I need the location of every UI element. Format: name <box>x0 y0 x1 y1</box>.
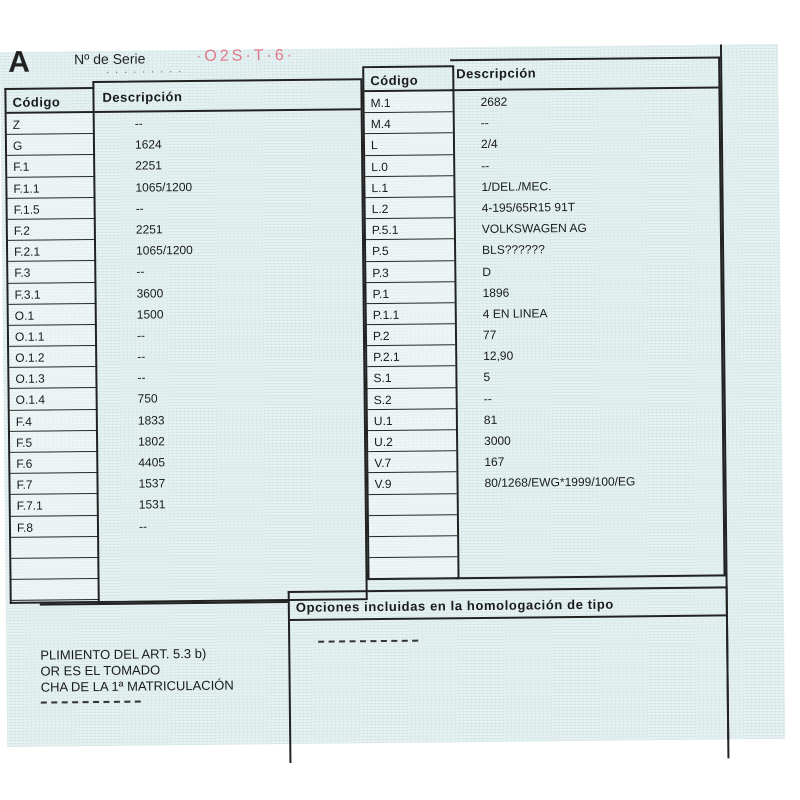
value-cell: -- <box>451 110 719 134</box>
note-line-3: CHA DE LA 1ª MATRICULACIÓN <box>41 678 234 696</box>
code-cell: F.5 <box>10 431 98 453</box>
notes-section: PLIMIENTO DEL ART. 5.3 b) OR ES EL TOMAD… <box>40 601 290 766</box>
vehicle-technical-card: A Nº de Serie ·O2S·T·6· ········· Código… <box>0 44 785 747</box>
code-cell: F.7.1 <box>11 494 99 516</box>
code-cell: V.9 <box>368 473 456 495</box>
code-cell: P.1 <box>366 282 454 304</box>
value-cell: 750 <box>98 386 364 410</box>
code-cell: S.2 <box>368 388 456 410</box>
code-cell: P.1.1 <box>367 303 455 325</box>
value-cell: 4405 <box>98 449 364 473</box>
value-cell <box>455 491 723 515</box>
code-cell: O.1.3 <box>9 367 97 389</box>
value-cell: -- <box>95 110 361 134</box>
code-cell: F.8 <box>11 516 99 538</box>
value-cell: 2/4 <box>451 131 719 155</box>
value-cell <box>455 533 723 557</box>
value-cell: 1065/1200 <box>96 237 362 261</box>
code-cell: L.0 <box>365 155 453 177</box>
value-cell: 1531 <box>99 492 365 516</box>
value-cell: -- <box>454 385 722 409</box>
value-cell: 12,90 <box>453 343 721 367</box>
value-cell: 80/1268/EWG*1999/100/EG <box>454 470 722 494</box>
code-cell: M.1 <box>364 91 452 113</box>
note-dash-divider <box>41 701 141 704</box>
value-cell: D <box>452 258 720 282</box>
value-cell: 1802 <box>98 428 364 452</box>
value-cell: 2251 <box>96 216 362 240</box>
code-cell: F.1.1 <box>7 177 95 199</box>
code-cell: F.1.5 <box>8 198 96 220</box>
value-cell: 1537 <box>98 470 364 494</box>
code-cell <box>369 557 457 579</box>
value-cell <box>99 534 365 558</box>
code-cell <box>369 494 457 516</box>
code-cell: P.2.1 <box>367 346 455 368</box>
value-cell: 3000 <box>454 427 722 451</box>
value-cell: -- <box>96 259 362 283</box>
value-cell: -- <box>97 364 363 388</box>
code-cell <box>369 536 457 558</box>
code-cell <box>11 537 99 559</box>
code-cell: P.2 <box>367 324 455 346</box>
right-description-column: Descripción 2682--2/4--1/DEL./MEC.4-195/… <box>450 56 725 579</box>
value-cell: -- <box>97 322 363 346</box>
code-cell: V.7 <box>368 451 456 473</box>
section-letter: A <box>8 46 28 80</box>
value-cell <box>455 555 723 579</box>
value-cell: 1833 <box>98 407 364 431</box>
right-code-column: Código M.1M.4LL.0L.1L.2P.5.1P.5P.3P.1P.1… <box>362 65 459 580</box>
code-cell: O.1.4 <box>10 388 98 410</box>
value-cell: 2682 <box>450 88 718 112</box>
notes-text: PLIMIENTO DEL ART. 5.3 b) OR ES EL TOMAD… <box>40 646 234 704</box>
left-desc-header: Descripción <box>94 80 360 113</box>
code-cell: P.3 <box>366 261 454 283</box>
code-cell: L <box>365 134 453 156</box>
value-cell <box>455 512 723 536</box>
left-code-column: Código ZGF.1F.1.1F.1.5F.2F.2.1F.3F.3.1O.… <box>4 87 99 604</box>
value-cell: -- <box>451 152 719 176</box>
value-cell: 1500 <box>97 301 363 325</box>
code-cell <box>11 558 99 580</box>
value-cell: 77 <box>453 322 721 346</box>
serial-value: ·O2S·T·6· <box>196 47 295 66</box>
code-cell: O.1 <box>9 304 97 326</box>
value-cell <box>99 555 365 579</box>
right-code-header: Código <box>364 67 452 92</box>
code-cell: O.1.2 <box>9 346 97 368</box>
code-cell: F.4 <box>10 410 98 432</box>
options-title: Opciones incluidas en la homologación de… <box>290 588 726 621</box>
code-cell: F.2 <box>8 219 96 241</box>
code-cell: L.1 <box>365 176 453 198</box>
code-cell: Z <box>7 113 95 135</box>
code-cell: F.7 <box>10 473 98 495</box>
value-cell: -- <box>96 195 362 219</box>
code-cell: F.6 <box>10 452 98 474</box>
value-cell: 81 <box>454 406 722 430</box>
code-cell: U.2 <box>368 430 456 452</box>
code-cell: U.1 <box>368 409 456 431</box>
value-cell: -- <box>99 513 365 537</box>
perforation-dots: ········· <box>106 66 187 77</box>
options-dash-divider <box>318 640 418 643</box>
value-cell: 5 <box>453 364 721 388</box>
code-cell: G <box>7 134 95 156</box>
value-cell: 3600 <box>96 280 362 304</box>
value-cell: 1065/1200 <box>95 174 361 198</box>
value-cell: 4 EN LINEA <box>453 300 721 324</box>
code-cell <box>12 579 100 601</box>
value-cell: 1624 <box>95 131 361 155</box>
value-cell: -- <box>97 343 363 367</box>
code-cell: M.4 <box>365 112 453 134</box>
code-cell: P.5 <box>366 240 454 262</box>
right-desc-header: Descripción <box>450 58 718 91</box>
serial-label: Nº de Serie <box>74 50 145 67</box>
value-cell: 1/DEL./MEC. <box>451 173 719 197</box>
code-cell: F.3.1 <box>8 283 96 305</box>
value-cell: 167 <box>454 449 722 473</box>
code-cell: F.2.1 <box>8 240 96 262</box>
code-cell: F.1 <box>7 155 95 177</box>
code-cell <box>369 515 457 537</box>
code-cell: L.2 <box>366 197 454 219</box>
value-cell: 2251 <box>95 153 361 177</box>
note-line-1: PLIMIENTO DEL ART. 5.3 b) <box>40 646 233 664</box>
left-description-column: Descripción --162422511065/1200--2251106… <box>92 78 367 603</box>
code-cell: F.3 <box>8 261 96 283</box>
code-cell: S.1 <box>367 367 455 389</box>
code-cell: P.5.1 <box>366 218 454 240</box>
left-code-header: Código <box>6 89 94 114</box>
options-section: Opciones incluidas en la homologación de… <box>288 586 730 763</box>
value-cell: BLS?????? <box>452 237 720 261</box>
value-cell: 4-195/65R15 91T <box>452 194 720 218</box>
value-cell: VOLKSWAGEN AG <box>452 216 720 240</box>
code-cell: O.1.1 <box>9 325 97 347</box>
value-cell: 1896 <box>452 279 720 303</box>
